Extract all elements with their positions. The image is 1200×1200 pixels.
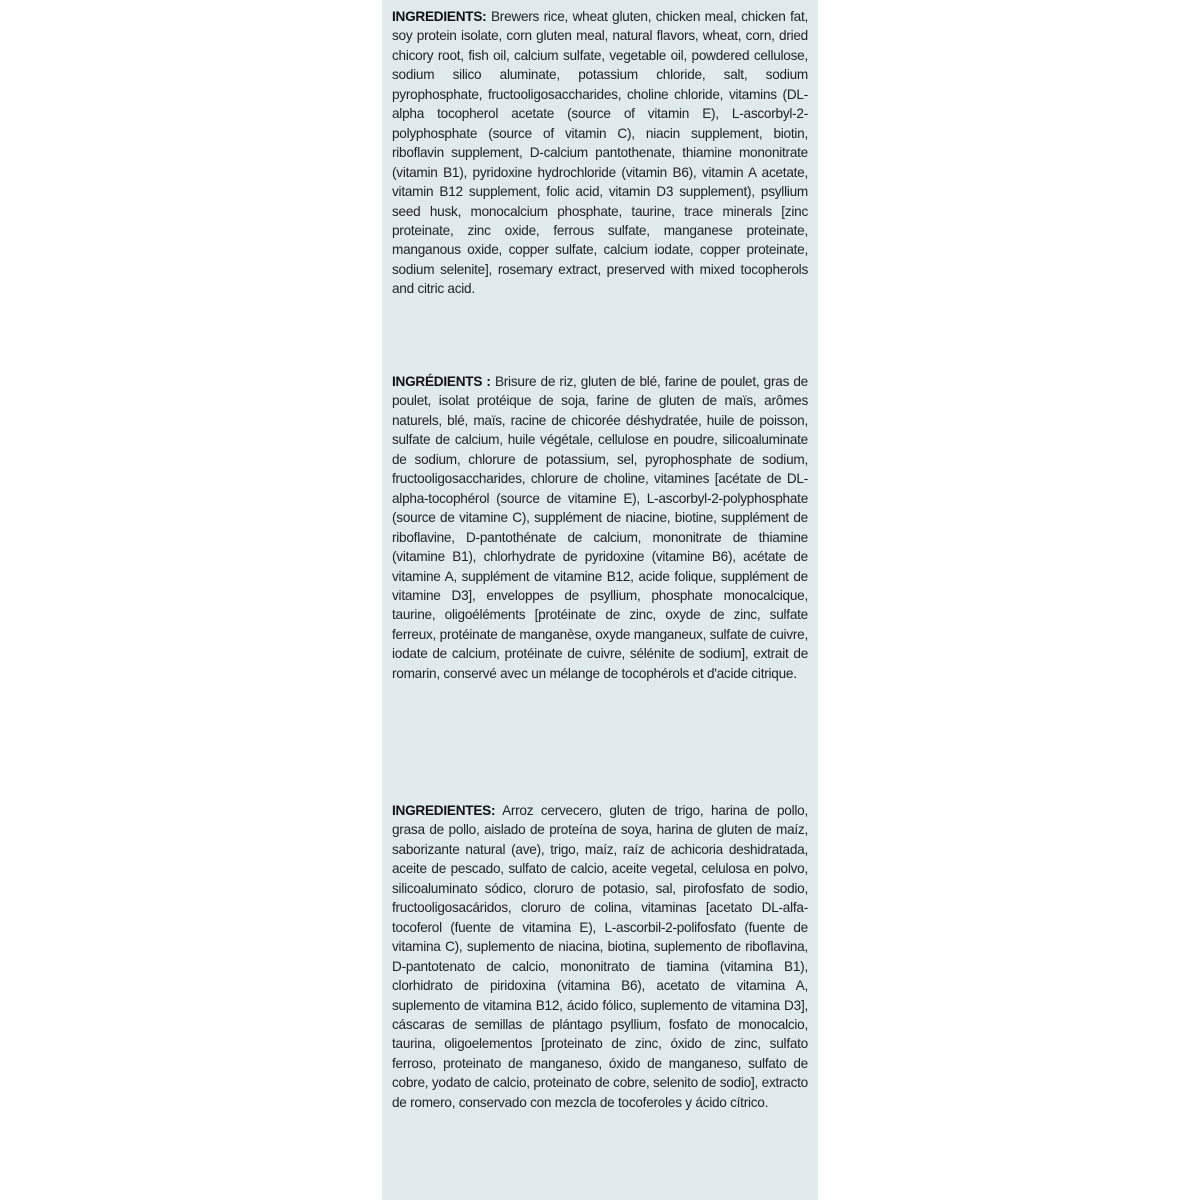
ingredients-panel: INGREDIENTS: Brewers rice, wheat gluten,… [382,0,818,1200]
ingredients-spanish: INGREDIENTES: Arroz cervecero, gluten de… [392,801,808,1112]
ingredients-french-label: INGRÉDIENTS : [392,374,491,389]
ingredients-french-text: Brisure de riz, gluten de blé, farine de… [392,374,808,681]
ingredients-spanish-text: Arroz cervecero, gluten de trigo, harina… [392,803,808,1110]
ingredients-english-text: Brewers rice, wheat gluten, chicken meal… [392,9,808,296]
ingredients-french: INGRÉDIENTS : Brisure de riz, gluten de … [392,372,808,683]
ingredients-spanish-label: INGREDIENTES: [392,803,495,818]
ingredients-english: INGREDIENTS: Brewers rice, wheat gluten,… [392,7,808,299]
ingredients-english-label: INGREDIENTS: [392,9,486,24]
